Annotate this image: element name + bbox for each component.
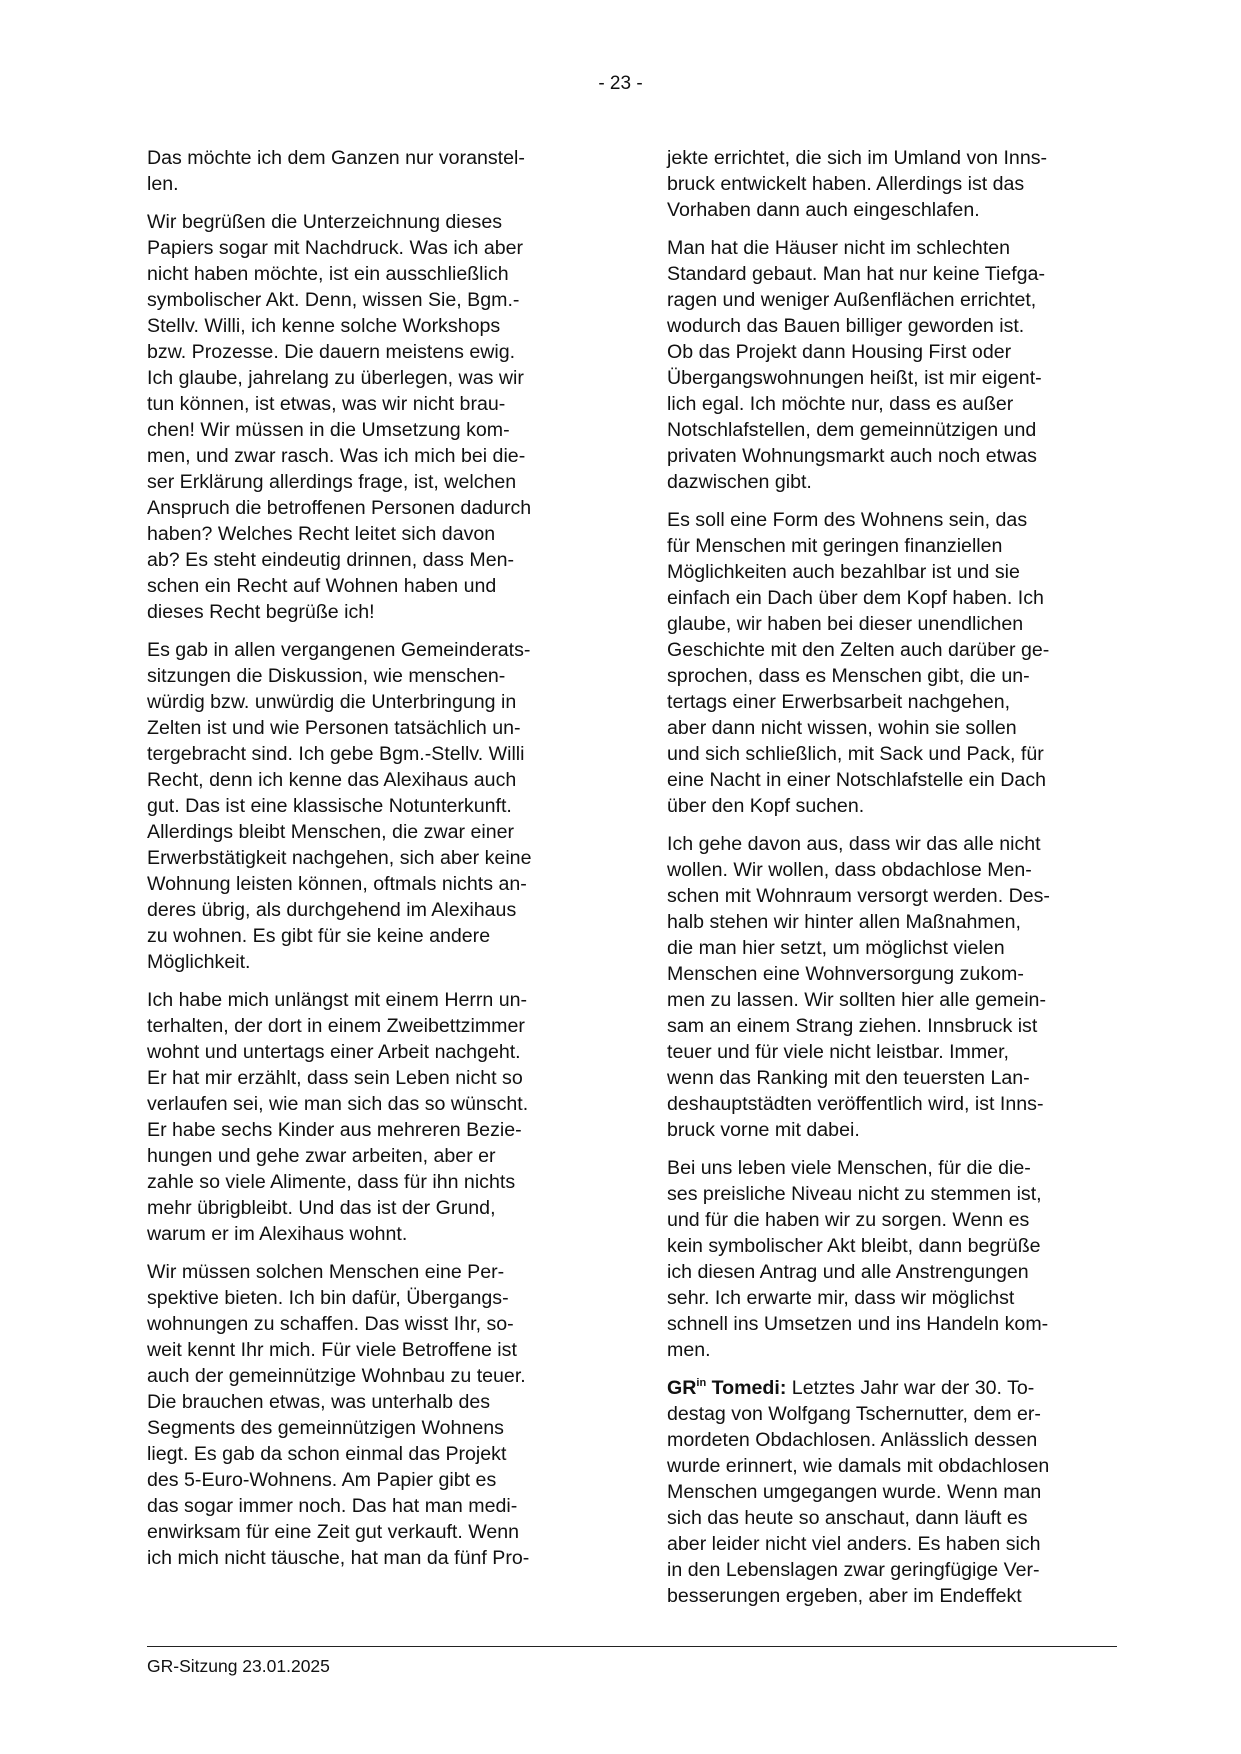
right-column: jekte errichtet, die sich im Umland von … bbox=[667, 145, 1127, 1621]
text-line: aber dann nicht wissen, wohin sie sollen bbox=[667, 715, 1127, 741]
text-line: für Menschen mit geringen finanziellen bbox=[667, 533, 1127, 559]
text-line: jekte errichtet, die sich im Umland von … bbox=[667, 145, 1127, 171]
text-line: ses preisliche Niveau nicht zu stemmen i… bbox=[667, 1181, 1127, 1207]
footer-session-date: GR-Sitzung 23.01.2025 bbox=[147, 1655, 330, 1677]
text-line: Recht, denn ich kenne das Alexihaus auch bbox=[147, 767, 607, 793]
speech-text: Letztes Jahr war der 30. To- bbox=[786, 1377, 1034, 1399]
text-line: halb stehen wir hinter allen Maßnahmen, bbox=[667, 909, 1127, 935]
text-line: sehr. Ich erwarte mir, dass wir möglichs… bbox=[667, 1285, 1127, 1311]
text-line: dazwischen gibt. bbox=[667, 469, 1127, 495]
text-line: sitzungen die Diskussion, wie menschen- bbox=[147, 663, 607, 689]
paragraph: Es soll eine Form des Wohnens sein, dasf… bbox=[667, 507, 1127, 819]
text-line: ab? Es steht eindeutig drinnen, dass Men… bbox=[147, 547, 607, 573]
text-line: Wir müssen solchen Menschen eine Per- bbox=[147, 1259, 607, 1285]
text-line: Standard gebaut. Man hat nur keine Tiefg… bbox=[667, 261, 1127, 287]
text-line: besserungen ergeben, aber im Endeffekt bbox=[667, 1583, 1127, 1609]
text-line: deshauptstädten veröffentlich wird, ist … bbox=[667, 1091, 1127, 1117]
text-line: und für die haben wir zu sorgen. Wenn es bbox=[667, 1207, 1127, 1233]
text-line: Möglichkeiten auch bezahlbar ist und sie bbox=[667, 559, 1127, 585]
paragraph: Das möchte ich dem Ganzen nur voranstel-… bbox=[147, 145, 607, 197]
text-line: Notschlafstellen, dem gemeinnützigen und bbox=[667, 417, 1127, 443]
footer-divider bbox=[147, 1646, 1117, 1647]
text-line: über den Kopf suchen. bbox=[667, 793, 1127, 819]
speaker-label: GRin Tomedi: bbox=[667, 1377, 786, 1399]
text-line: Das möchte ich dem Ganzen nur voranstel- bbox=[147, 145, 607, 171]
text-line: sam an einem Strang ziehen. Innsbruck is… bbox=[667, 1013, 1127, 1039]
text-line: Erwerbstätigkeit nachgehen, sich aber ke… bbox=[147, 845, 607, 871]
text-line: GRin Tomedi: Letztes Jahr war der 30. To… bbox=[667, 1375, 1127, 1401]
paragraph: Es gab in allen vergangenen Gemeinderats… bbox=[147, 637, 607, 975]
text-line: Es soll eine Form des Wohnens sein, das bbox=[667, 507, 1127, 533]
text-line: ich mich nicht täusche, hat man da fünf … bbox=[147, 1545, 607, 1571]
paragraph: jekte errichtet, die sich im Umland von … bbox=[667, 145, 1127, 223]
text-line: ragen und weniger Außenflächen errichtet… bbox=[667, 287, 1127, 313]
text-line: wurde erinnert, wie damals mit obdachlos… bbox=[667, 1453, 1127, 1479]
text-line: wohnungen zu schaffen. Das wisst Ihr, so… bbox=[147, 1311, 607, 1337]
text-line: zahle so viele Alimente, dass für ihn ni… bbox=[147, 1169, 607, 1195]
text-line: Möglichkeit. bbox=[147, 949, 607, 975]
text-line: kein symbolischer Akt bleibt, dann begrü… bbox=[667, 1233, 1127, 1259]
text-line: Segments des gemeinnützigen Wohnens bbox=[147, 1415, 607, 1441]
text-line: Vorhaben dann auch eingeschlafen. bbox=[667, 197, 1127, 223]
text-line: teuer und für viele nicht leistbar. Imme… bbox=[667, 1039, 1127, 1065]
text-line: Die brauchen etwas, was unterhalb des bbox=[147, 1389, 607, 1415]
text-line: eine Nacht in einer Notschlafstelle ein … bbox=[667, 767, 1127, 793]
text-line: verlaufen sei, wie man sich das so wünsc… bbox=[147, 1091, 607, 1117]
paragraph: Wir begrüßen die Unterzeichnung diesesPa… bbox=[147, 209, 607, 625]
text-line: Anspruch die betroffenen Personen dadurc… bbox=[147, 495, 607, 521]
text-line: des 5-Euro-Wohnens. Am Papier gibt es bbox=[147, 1467, 607, 1493]
text-line: mehr übrigbleibt. Und das ist der Grund, bbox=[147, 1195, 607, 1221]
text-line: Menschen eine Wohnversorgung zukom- bbox=[667, 961, 1127, 987]
speaker-name: Tomedi: bbox=[706, 1377, 786, 1399]
text-line: Bei uns leben viele Menschen, für die di… bbox=[667, 1155, 1127, 1181]
left-column: Das möchte ich dem Ganzen nur voranstel-… bbox=[147, 145, 607, 1583]
text-line: lich egal. Ich möchte nur, dass es außer bbox=[667, 391, 1127, 417]
text-line: das sogar immer noch. Das hat man medi- bbox=[147, 1493, 607, 1519]
text-line: gut. Das ist eine klassische Notunterkun… bbox=[147, 793, 607, 819]
paragraph: Wir müssen solchen Menschen eine Per-spe… bbox=[147, 1259, 607, 1571]
text-line: len. bbox=[147, 171, 607, 197]
text-line: weit kennt Ihr mich. Für viele Betroffen… bbox=[147, 1337, 607, 1363]
text-line: mordeten Obdachlosen. Anlässlich dessen bbox=[667, 1427, 1127, 1453]
page-number: - 23 - bbox=[0, 72, 1241, 96]
paragraph: Bei uns leben viele Menschen, für die di… bbox=[667, 1155, 1127, 1363]
text-line: bruck vorne mit dabei. bbox=[667, 1117, 1127, 1143]
text-line: symbolischer Akt. Denn, wissen Sie, Bgm.… bbox=[147, 287, 607, 313]
text-line: sich das heute so anschaut, dann läuft e… bbox=[667, 1505, 1127, 1531]
text-line: die man hier setzt, um möglichst vielen bbox=[667, 935, 1127, 961]
text-line: haben? Welches Recht leitet sich davon bbox=[147, 521, 607, 547]
text-line: und sich schließlich, mit Sack und Pack,… bbox=[667, 741, 1127, 767]
text-line: Geschichte mit den Zelten auch darüber g… bbox=[667, 637, 1127, 663]
text-line: men zu lassen. Wir sollten hier alle gem… bbox=[667, 987, 1127, 1013]
text-line: bruck entwickelt haben. Allerdings ist d… bbox=[667, 171, 1127, 197]
text-line: wollen. Wir wollen, dass obdachlose Men- bbox=[667, 857, 1127, 883]
text-line: auch der gemeinnützige Wohnbau zu teuer. bbox=[147, 1363, 607, 1389]
text-line: destag von Wolfgang Tschernutter, dem er… bbox=[667, 1401, 1127, 1427]
text-line: tertags einer Erwerbsarbeit nachgehen, bbox=[667, 689, 1127, 715]
text-line: tun können, ist etwas, was wir nicht bra… bbox=[147, 391, 607, 417]
text-line: Man hat die Häuser nicht im schlechten bbox=[667, 235, 1127, 261]
text-line: Ich gehe davon aus, dass wir das alle ni… bbox=[667, 831, 1127, 857]
text-line: aber leider nicht viel anders. Es haben … bbox=[667, 1531, 1127, 1557]
text-line: chen! Wir müssen in die Umsetzung kom- bbox=[147, 417, 607, 443]
text-line: enwirksam für eine Zeit gut verkauft. We… bbox=[147, 1519, 607, 1545]
text-line: tergebracht sind. Ich gebe Bgm.-Stellv. … bbox=[147, 741, 607, 767]
text-line: Menschen umgegangen wurde. Wenn man bbox=[667, 1479, 1127, 1505]
speaker-title-superscript: in bbox=[696, 1377, 706, 1389]
text-line: würdig bzw. unwürdig die Unterbringung i… bbox=[147, 689, 607, 715]
text-line: Er hat mir erzählt, dass sein Leben nich… bbox=[147, 1065, 607, 1091]
text-line: dieses Recht begrüße ich! bbox=[147, 599, 607, 625]
text-line: wenn das Ranking mit den teuersten Lan- bbox=[667, 1065, 1127, 1091]
text-line: Wir begrüßen die Unterzeichnung dieses bbox=[147, 209, 607, 235]
paragraph: Ich habe mich unlängst mit einem Herrn u… bbox=[147, 987, 607, 1247]
paragraph: Man hat die Häuser nicht im schlechtenSt… bbox=[667, 235, 1127, 495]
text-line: Es gab in allen vergangenen Gemeinderats… bbox=[147, 637, 607, 663]
paragraph: Ich gehe davon aus, dass wir das alle ni… bbox=[667, 831, 1127, 1143]
speaker-title: GR bbox=[667, 1377, 696, 1399]
text-line: Allerdings bleibt Menschen, die zwar ein… bbox=[147, 819, 607, 845]
text-line: Er habe sechs Kinder aus mehreren Bezie- bbox=[147, 1117, 607, 1143]
text-line: Ich glaube, jahrelang zu überlegen, was … bbox=[147, 365, 607, 391]
text-line: einfach ein Dach über dem Kopf haben. Ic… bbox=[667, 585, 1127, 611]
text-line: bzw. Prozesse. Die dauern meistens ewig. bbox=[147, 339, 607, 365]
text-line: sprochen, dass es Menschen gibt, die un- bbox=[667, 663, 1127, 689]
text-line: Zelten ist und wie Personen tatsächlich … bbox=[147, 715, 607, 741]
text-line: deres übrig, als durchgehend im Alexihau… bbox=[147, 897, 607, 923]
text-line: ser Erklärung allerdings frage, ist, wel… bbox=[147, 469, 607, 495]
text-line: Ob das Projekt dann Housing First oder bbox=[667, 339, 1127, 365]
text-line: nicht haben möchte, ist ein ausschließli… bbox=[147, 261, 607, 287]
speaker-paragraph: GRin Tomedi: Letztes Jahr war der 30. To… bbox=[667, 1375, 1127, 1609]
text-line: glaube, wir haben bei dieser unendlichen bbox=[667, 611, 1127, 637]
text-line: ich diesen Antrag und alle Anstrengungen bbox=[667, 1259, 1127, 1285]
text-line: Wohnung leisten können, oftmals nichts a… bbox=[147, 871, 607, 897]
text-line: spektive bieten. Ich bin dafür, Übergang… bbox=[147, 1285, 607, 1311]
text-line: schen mit Wohnraum versorgt werden. Des- bbox=[667, 883, 1127, 909]
text-line: Papiers sogar mit Nachdruck. Was ich abe… bbox=[147, 235, 607, 261]
text-line: schnell ins Umsetzen und ins Handeln kom… bbox=[667, 1311, 1127, 1337]
text-line: Übergangswohnungen heißt, ist mir eigent… bbox=[667, 365, 1127, 391]
text-line: Ich habe mich unlängst mit einem Herrn u… bbox=[147, 987, 607, 1013]
text-line: terhalten, der dort in einem Zweibettzim… bbox=[147, 1013, 607, 1039]
text-line: hungen und gehe zwar arbeiten, aber er bbox=[147, 1143, 607, 1169]
text-line: warum er im Alexihaus wohnt. bbox=[147, 1221, 607, 1247]
text-line: wohnt und untertags einer Arbeit nachgeh… bbox=[147, 1039, 607, 1065]
text-line: men, und zwar rasch. Was ich mich bei di… bbox=[147, 443, 607, 469]
text-line: wodurch das Bauen billiger geworden ist. bbox=[667, 313, 1127, 339]
text-line: men. bbox=[667, 1337, 1127, 1363]
text-line: Stellv. Willi, ich kenne solche Workshop… bbox=[147, 313, 607, 339]
text-line: zu wohnen. Es gibt für sie keine andere bbox=[147, 923, 607, 949]
text-line: in den Lebenslagen zwar geringfügige Ver… bbox=[667, 1557, 1127, 1583]
text-line: liegt. Es gab da schon einmal das Projek… bbox=[147, 1441, 607, 1467]
text-line: schen ein Recht auf Wohnen haben und bbox=[147, 573, 607, 599]
text-line: privaten Wohnungsmarkt auch noch etwas bbox=[667, 443, 1127, 469]
